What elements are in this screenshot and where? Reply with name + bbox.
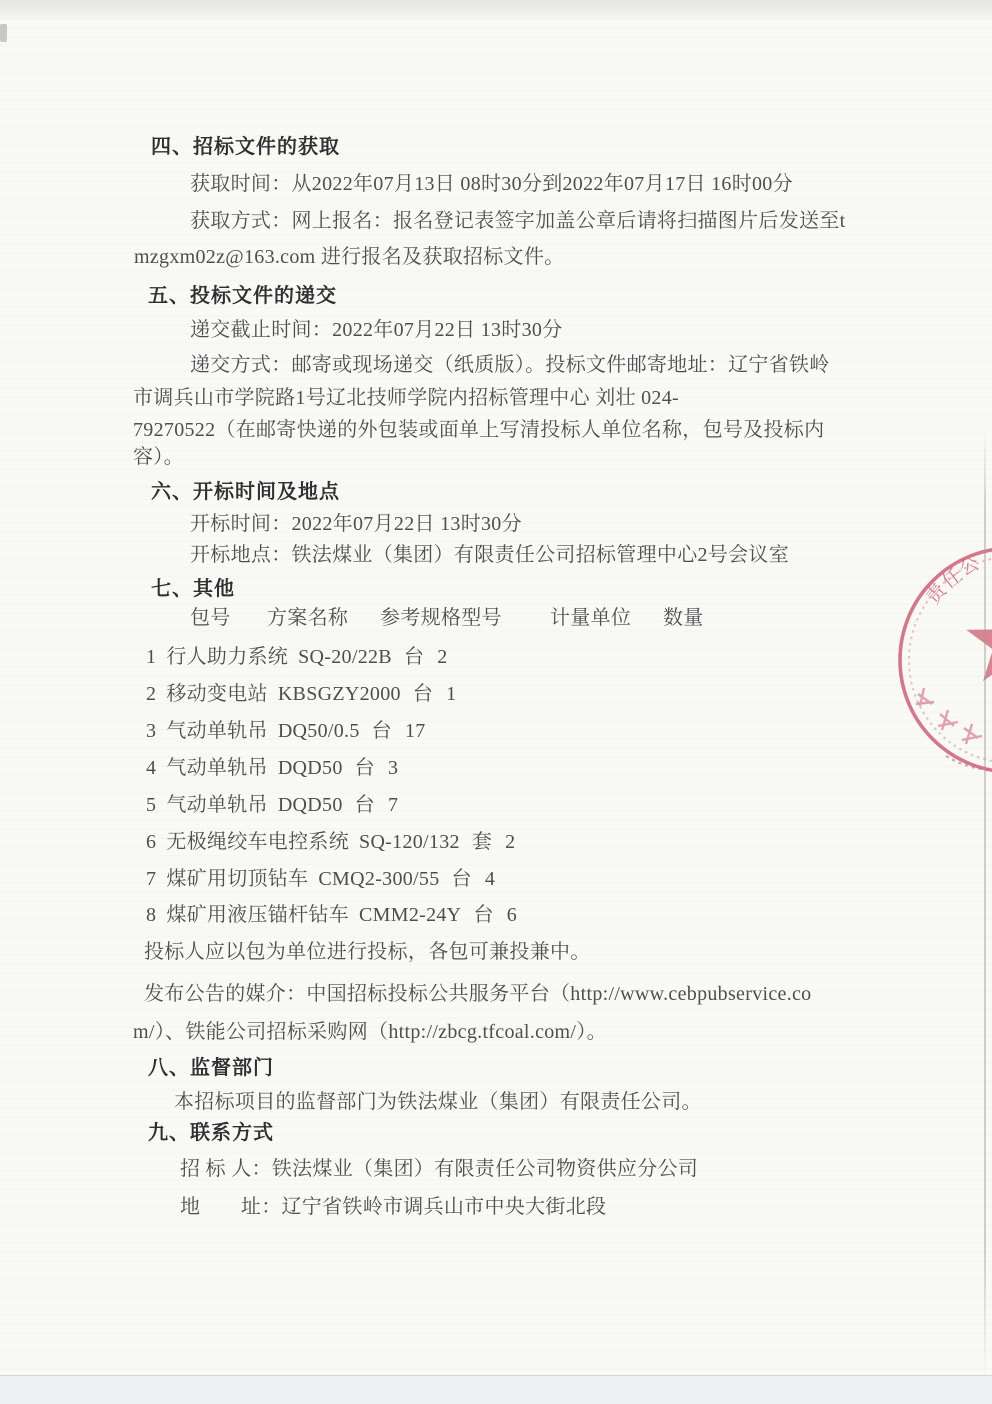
item-qty: 2 bbox=[437, 644, 447, 670]
section5-delivery-method-line: 递交方式：邮寄或现场递交（纸质版）。投标文件邮寄地址：辽宁省铁岭 bbox=[190, 352, 830, 378]
table-row: 4气动单轨吊DQD50台3 bbox=[146, 755, 398, 781]
item-name: 气动单轨吊 bbox=[166, 755, 268, 781]
item-qty: 7 bbox=[388, 792, 398, 818]
item-no: 5 bbox=[146, 792, 156, 818]
scan-bottom-band bbox=[0, 1375, 992, 1404]
item-name: 气动单轨吊 bbox=[166, 718, 268, 744]
col-package-no: 包号 bbox=[190, 605, 231, 631]
item-unit: 台 bbox=[355, 755, 375, 781]
section5-heading: 五、投标文件的递交 bbox=[148, 283, 337, 309]
item-spec: CMM2-24Y bbox=[359, 902, 461, 928]
item-unit: 台 bbox=[473, 902, 493, 928]
item-qty: 2 bbox=[505, 829, 515, 855]
item-no: 4 bbox=[146, 755, 156, 781]
announcement-media-line1: 发布公告的媒介：中国招标投标公共服务平台（http://www.cebpubse… bbox=[144, 981, 811, 1007]
item-no: 7 bbox=[146, 866, 156, 892]
item-qty: 6 bbox=[507, 902, 517, 928]
item-spec: DQD50 bbox=[278, 755, 343, 781]
col-spec-model: 参考规格型号 bbox=[380, 605, 502, 631]
item-unit: 台 bbox=[355, 792, 375, 818]
item-name: 煤矿用液压锚杆钻车 bbox=[166, 902, 349, 928]
scanned-tender-document-page: 四、招标文件的获取 获取时间：从2022年07月13日 08时30分到2022年… bbox=[0, 0, 992, 1404]
section4-obtain-time-line: 获取时间：从2022年07月13日 08时30分到2022年07月17日 16时… bbox=[190, 171, 793, 197]
section9-heading: 九、联系方式 bbox=[148, 1120, 274, 1146]
item-spec: SQ-120/132 bbox=[359, 829, 460, 855]
item-no: 2 bbox=[146, 681, 156, 707]
page-edge-shadow bbox=[984, 430, 986, 1380]
item-name: 无极绳绞车电控系统 bbox=[166, 829, 349, 855]
item-no: 1 bbox=[146, 644, 156, 670]
table-row: 2移动变电站KBSGZY2000台1 bbox=[146, 681, 456, 707]
section9-tenderer-line: 招 标 人：铁法煤业（集团）有限责任公司物资供应分公司 bbox=[180, 1156, 698, 1182]
table-row: 1行人助力系统SQ-20/22B台2 bbox=[146, 644, 448, 670]
item-unit: 台 bbox=[413, 681, 433, 707]
section8-heading: 八、监督部门 bbox=[148, 1055, 274, 1081]
item-spec: SQ-20/22B bbox=[298, 644, 392, 670]
section8-supervision-line: 本招标项目的监督部门为铁法煤业（集团）有限责任公司。 bbox=[174, 1089, 702, 1115]
col-plan-name: 方案名称 bbox=[267, 605, 348, 631]
item-unit: 台 bbox=[404, 644, 424, 670]
scan-edge-artifact bbox=[0, 24, 7, 42]
item-qty: 17 bbox=[405, 718, 426, 744]
item-unit: 套 bbox=[472, 829, 492, 855]
col-qty: 数量 bbox=[663, 605, 704, 631]
section5-deadline-line: 递交截止时间：2022年07月22日 13时30分 bbox=[190, 317, 563, 343]
seal-star bbox=[966, 598, 992, 681]
item-name: 移动变电站 bbox=[166, 681, 268, 707]
item-no: 8 bbox=[146, 902, 156, 928]
bidding-note-line: 投标人应以包为单位进行投标，各包可兼投兼中。 bbox=[144, 939, 591, 965]
section6-open-place-line: 开标地点：铁法煤业（集团）有限责任公司招标管理中心2号会议室 bbox=[190, 542, 789, 568]
item-no: 3 bbox=[146, 718, 156, 744]
announcement-media-line2: m/）、铁能公司招标采购网（http://zbcg.tfcoal.com/）。 bbox=[133, 1019, 607, 1045]
item-unit: 台 bbox=[452, 866, 472, 892]
section7-heading: 七、其他 bbox=[151, 576, 235, 602]
section6-heading: 六、开标时间及地点 bbox=[151, 479, 340, 505]
item-spec: DQ50/0.5 bbox=[278, 718, 360, 744]
item-no: 6 bbox=[146, 829, 156, 855]
section9-address-line: 地 址：辽宁省铁岭市调兵山市中央大街北段 bbox=[180, 1194, 606, 1220]
col-unit: 计量单位 bbox=[550, 605, 631, 631]
red-company-seal-stamp: 责 任 公 bbox=[852, 528, 992, 798]
section5-wrap-line: 容）。 bbox=[133, 444, 184, 470]
table-row: 8煤矿用液压锚杆钻车CMM2-24Y台6 bbox=[146, 902, 517, 928]
section5-address-line: 市调兵山市学院路1号辽北技师学院内招标管理中心 刘壮 024- bbox=[133, 385, 679, 411]
item-name: 煤矿用切顶钻车 bbox=[166, 866, 308, 892]
section4-email-line: mzgxm02z@163.com 进行报名及获取招标文件。 bbox=[134, 244, 564, 270]
table-row: 7煤矿用切顶钻车CMQ2-300/55台4 bbox=[146, 866, 495, 892]
table-row: 3气动单轨吊DQ50/0.5台17 bbox=[146, 718, 426, 744]
item-unit: 台 bbox=[372, 718, 392, 744]
section5-phone-line: 79270522（在邮寄快递的外包装或面单上写清投标人单位名称，包号及投标内 bbox=[133, 417, 824, 443]
table-row: 6无极绳绞车电控系统SQ-120/132套2 bbox=[146, 829, 515, 855]
table-row: 5气动单轨吊DQD50台7 bbox=[146, 792, 398, 818]
item-spec: CMQ2-300/55 bbox=[318, 866, 439, 892]
item-qty: 4 bbox=[485, 866, 495, 892]
section4-obtain-method-line: 获取方式：网上报名：报名登记表签字加盖公章后请将扫描图片后发送至t bbox=[190, 208, 845, 234]
item-name: 行人助力系统 bbox=[166, 644, 288, 670]
section4-heading: 四、招标文件的获取 bbox=[151, 134, 340, 160]
item-name: 气动单轨吊 bbox=[166, 792, 268, 818]
section6-open-time-line: 开标时间：2022年07月22日 13时30分 bbox=[190, 511, 522, 537]
item-spec: DQD50 bbox=[278, 792, 343, 818]
item-qty: 3 bbox=[388, 755, 398, 781]
item-spec: KBSGZY2000 bbox=[278, 681, 401, 707]
item-qty: 1 bbox=[446, 681, 456, 707]
